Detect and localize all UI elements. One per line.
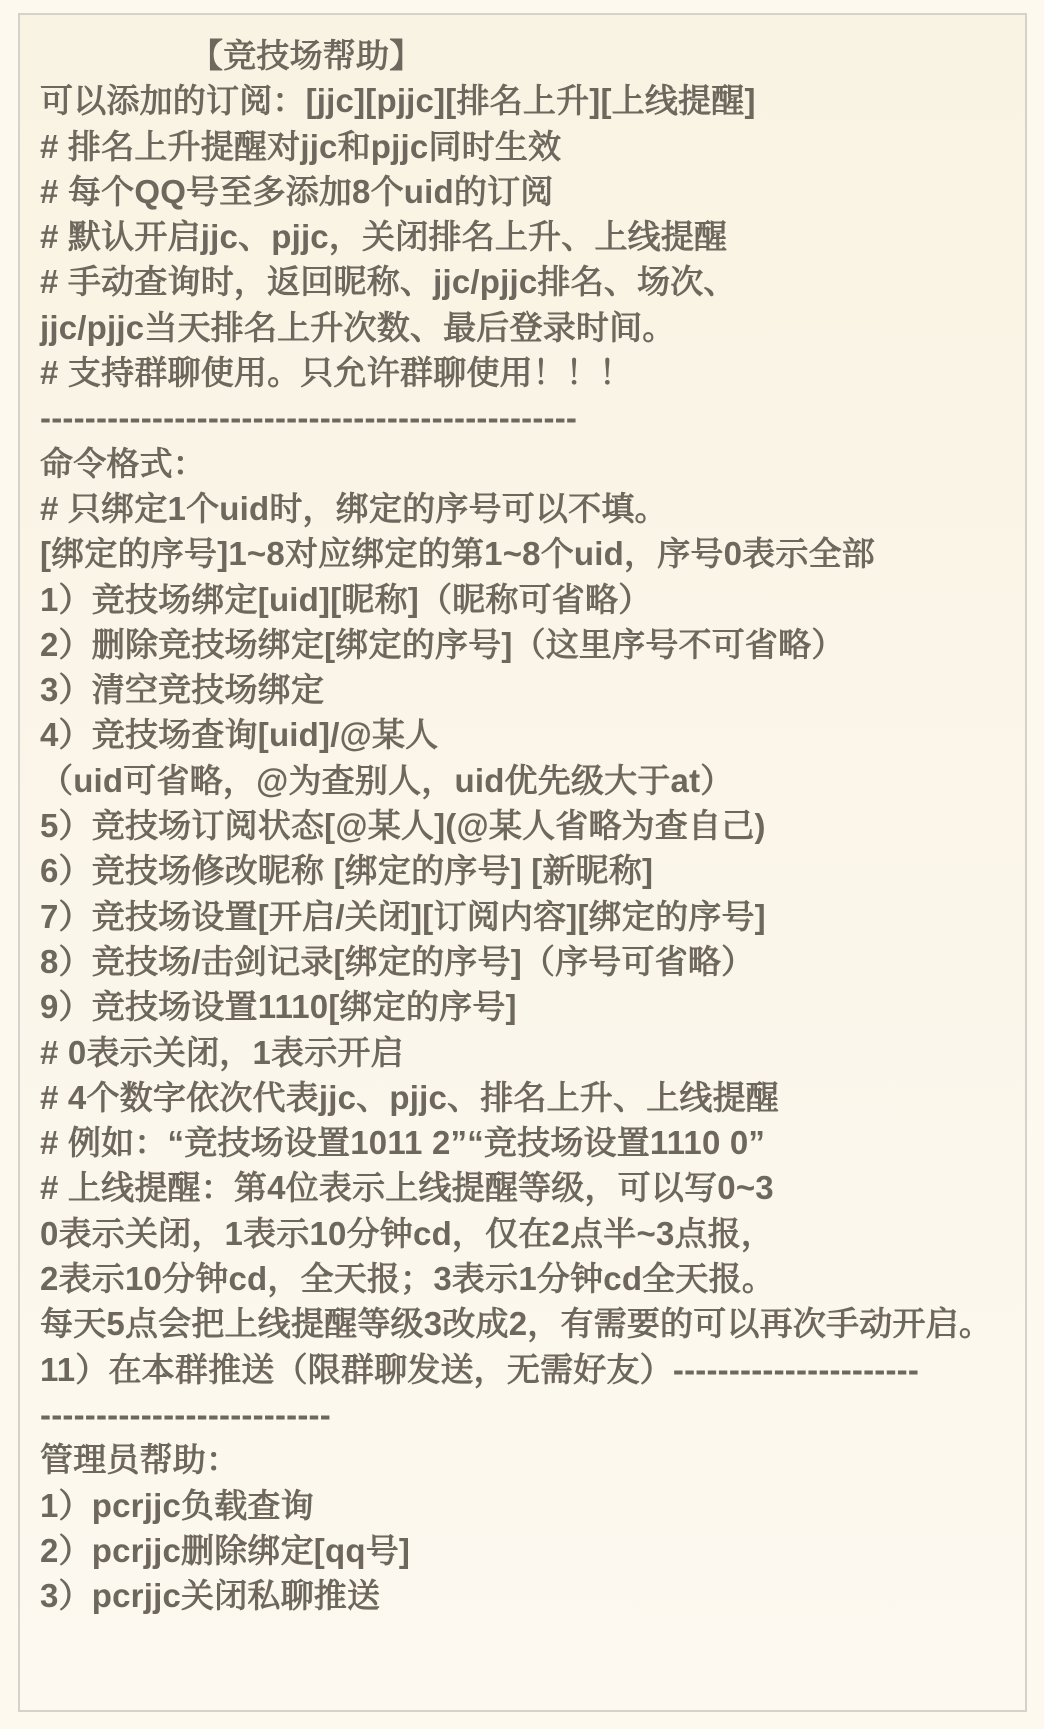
separator-dashes-2: -------------------------- [40,1392,1011,1437]
help-line-setting-example: # 例如：“竞技场设置1011 2”“竞技场设置1110 0” [40,1120,1011,1165]
command-2-delete-bind: 2）删除竞技场绑定[绑定的序号]（这里序号不可省略） [40,622,1011,667]
command-4-query-note: （uid可省略，@为查别人，uid优先级大于at） [40,758,1011,803]
help-line-bind-note-1: # 只绑定1个uid时，绑定的序号可以不填。 [40,486,1011,531]
help-line-note-query-2: jjc/pjjc当天排名上升次数、最后登录时间。 [40,305,1011,350]
help-line-online-remind-1: # 上线提醒：第4位表示上线提醒等级，可以写0~3 [40,1165,1011,1210]
help-line-setting-note-2: # 4个数字依次代表jjc、pjjc、排名上升、上线提醒 [40,1075,1011,1120]
help-line-bind-note-2: [绑定的序号]1~8对应绑定的第1~8个uid，序号0表示全部 [40,531,1011,576]
command-6-rename: 6）竞技场修改昵称 [绑定的序号] [新昵称] [40,848,1011,893]
command-8-record: 8）竞技场/击剑记录[绑定的序号]（序号可省略） [40,939,1011,984]
admin-command-1-load-query: 1）pcrjjc负载查询 [40,1483,1011,1528]
admin-command-2-delete-bind: 2）pcrjjc删除绑定[qq号] [40,1528,1011,1573]
command-5-subscription-status: 5）竞技场订阅状态[@某人](@某人省略为查自己) [40,803,1011,848]
command-3-clear-bind: 3）清空竞技场绑定 [40,667,1011,712]
separator-dashes: ----------------------------------------… [40,395,1011,440]
help-line-online-remind-3: 2表示10分钟cd，全天报；3表示1分钟cd全天报。 [40,1256,1011,1301]
section-admin-help: 管理员帮助： [40,1437,1011,1482]
help-line-online-remind-2: 0表示关闭，1表示10分钟cd，仅在2点半~3点报， [40,1211,1011,1256]
help-line-note-max-uid: # 每个QQ号至多添加8个uid的订阅 [40,169,1011,214]
command-7-settings: 7）竞技场设置[开启/关闭][订阅内容][绑定的序号] [40,894,1011,939]
help-line-note-query-1: # 手动查询时，返回昵称、jjc/pjjc排名、场次、 [40,259,1011,304]
section-command-format: 命令格式： [40,441,1011,486]
command-4-query: 4）竞技场查询[uid]/@某人 [40,712,1011,757]
help-line-setting-note-1: # 0表示关闭，1表示开启 [40,1030,1011,1075]
command-11-group-push: 11）在本群推送（限群聊发送，无需好友）--------------------… [40,1347,1011,1392]
help-line-subscriptions: 可以添加的订阅：[jjc][pjjc][排名上升][上线提醒] [40,78,1011,123]
command-1-bind: 1）竞技场绑定[uid][昵称]（昵称可省略） [40,577,1011,622]
help-line-note-group-only: # 支持群聊使用。只允许群聊使用！！！ [40,350,1011,395]
help-line-note-defaults: # 默认开启jjc、pjjc，关闭排名上升、上线提醒 [40,214,1011,259]
command-9-settings-1110: 9）竞技场设置1110[绑定的序号] [40,984,1011,1029]
help-line-note-rank-up: # 排名上升提醒对jjc和pjjc同时生效 [40,124,1011,169]
help-card: 【竞技场帮助】 可以添加的订阅：[jjc][pjjc][排名上升][上线提醒] … [18,13,1027,1712]
help-title: 【竞技场帮助】 [40,33,1011,78]
help-line-online-remind-4: 每天5点会把上线提醒等级3改成2，有需要的可以再次手动开启。 [40,1301,1011,1346]
admin-command-3-close-private-push: 3）pcrjjc关闭私聊推送 [40,1573,1011,1618]
